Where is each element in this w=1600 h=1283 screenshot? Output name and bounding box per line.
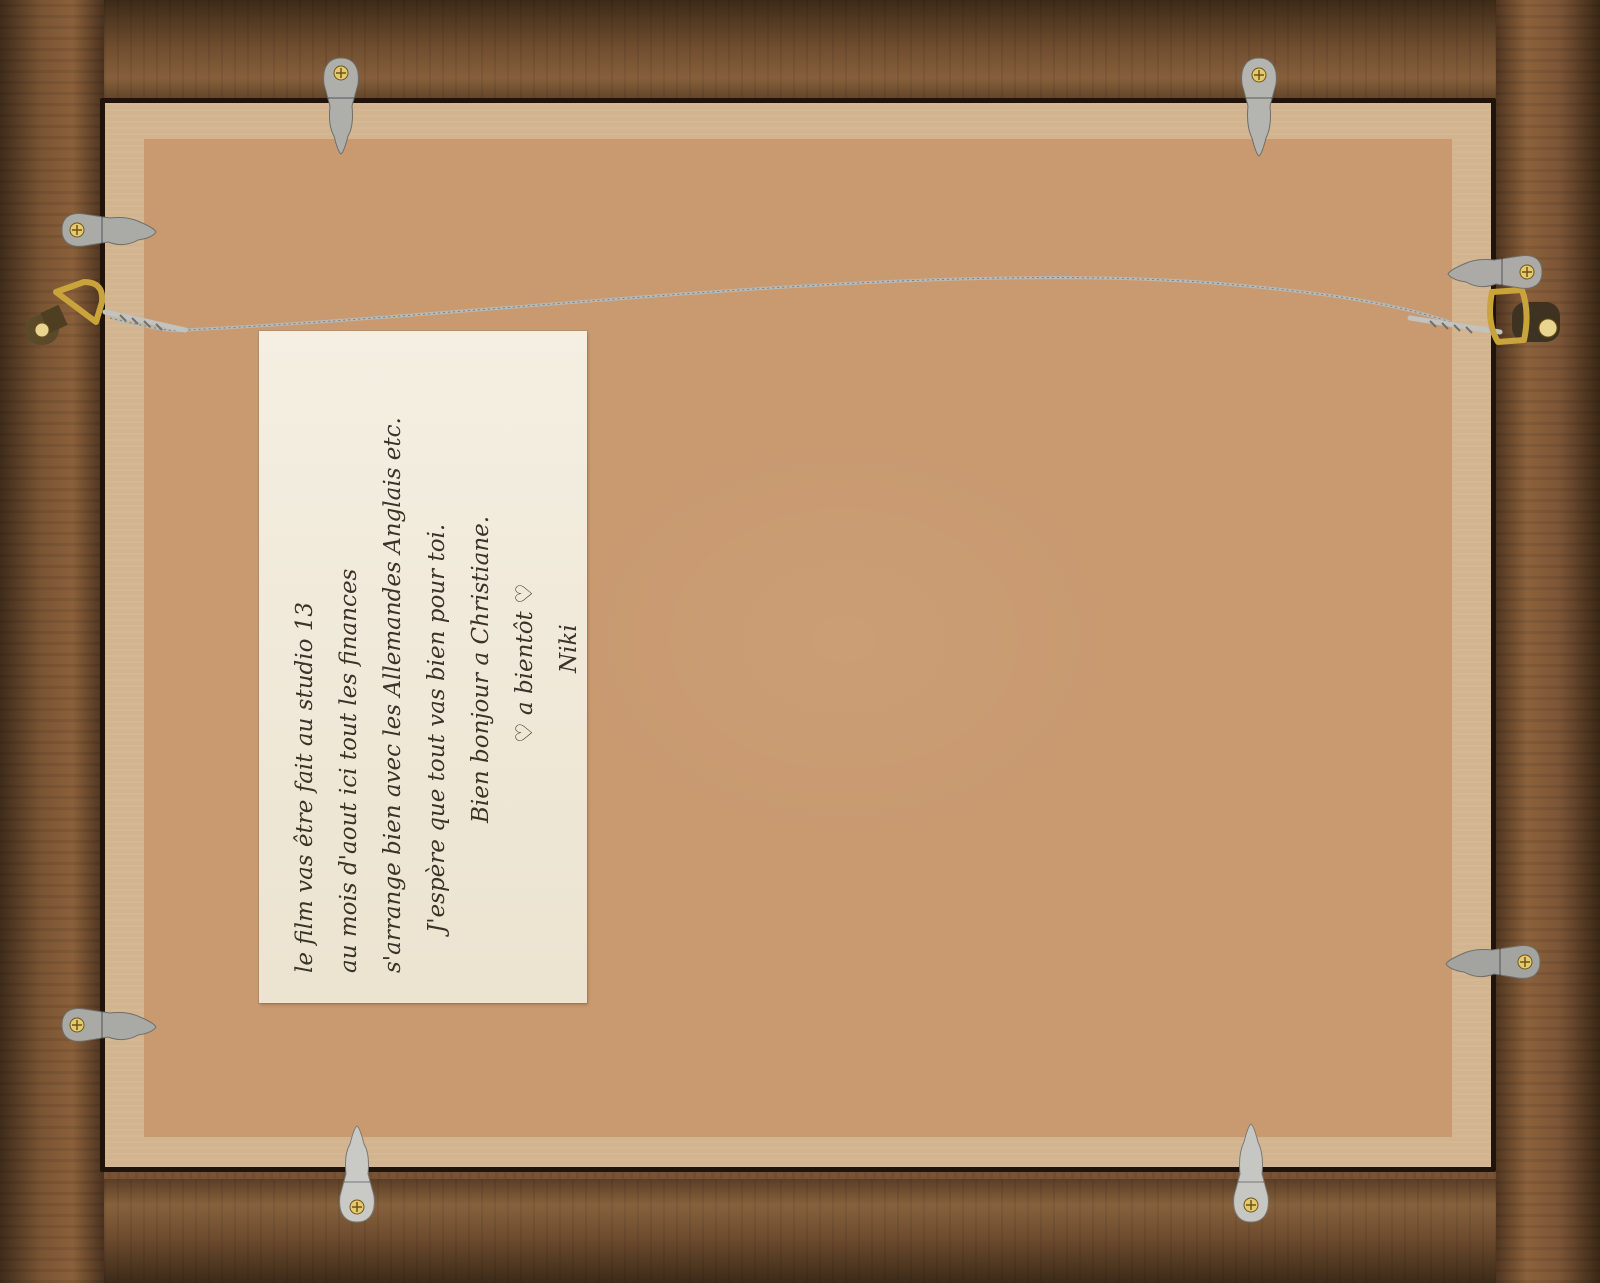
note-line: s'arrange bien avec les Allemandes Angla… [371,361,415,973]
note-line: Bien bonjour a Christiane. [459,361,503,973]
turn-clip-bottom-right-icon [1230,1122,1272,1224]
frame-top-rail [0,0,1600,104]
turn-clip-left-upper-icon [58,208,158,252]
turn-clip-bottom-left-icon [336,1124,378,1224]
frame-bottom-rail [0,1179,1600,1283]
note-text: le film vas être fait au studio 13 au mo… [273,347,573,987]
turn-clip-top-right-icon [1238,56,1280,158]
note-line: J'espère que tout vas bien pour toi. [415,361,459,973]
note-line: ♡ a bientôt ♡ [503,361,547,973]
frame-right-stile [1496,0,1600,1283]
note-line: le film vas être fait au studio 13 [283,361,327,973]
turn-clip-right-lower-icon [1444,940,1544,984]
turn-clip-top-left-icon [320,56,362,156]
frame-left-stile [0,0,104,1283]
d-ring-right-icon [1482,282,1578,362]
turn-clip-left-lower-icon [58,1003,158,1047]
note-signature: Niki [547,361,591,973]
handwritten-note: le film vas être fait au studio 13 au mo… [259,331,587,1003]
d-ring-left-icon [22,272,112,352]
turn-clip-right-upper-icon [1446,250,1546,294]
note-line: au mois d'aout ici tout les finances [327,361,371,973]
